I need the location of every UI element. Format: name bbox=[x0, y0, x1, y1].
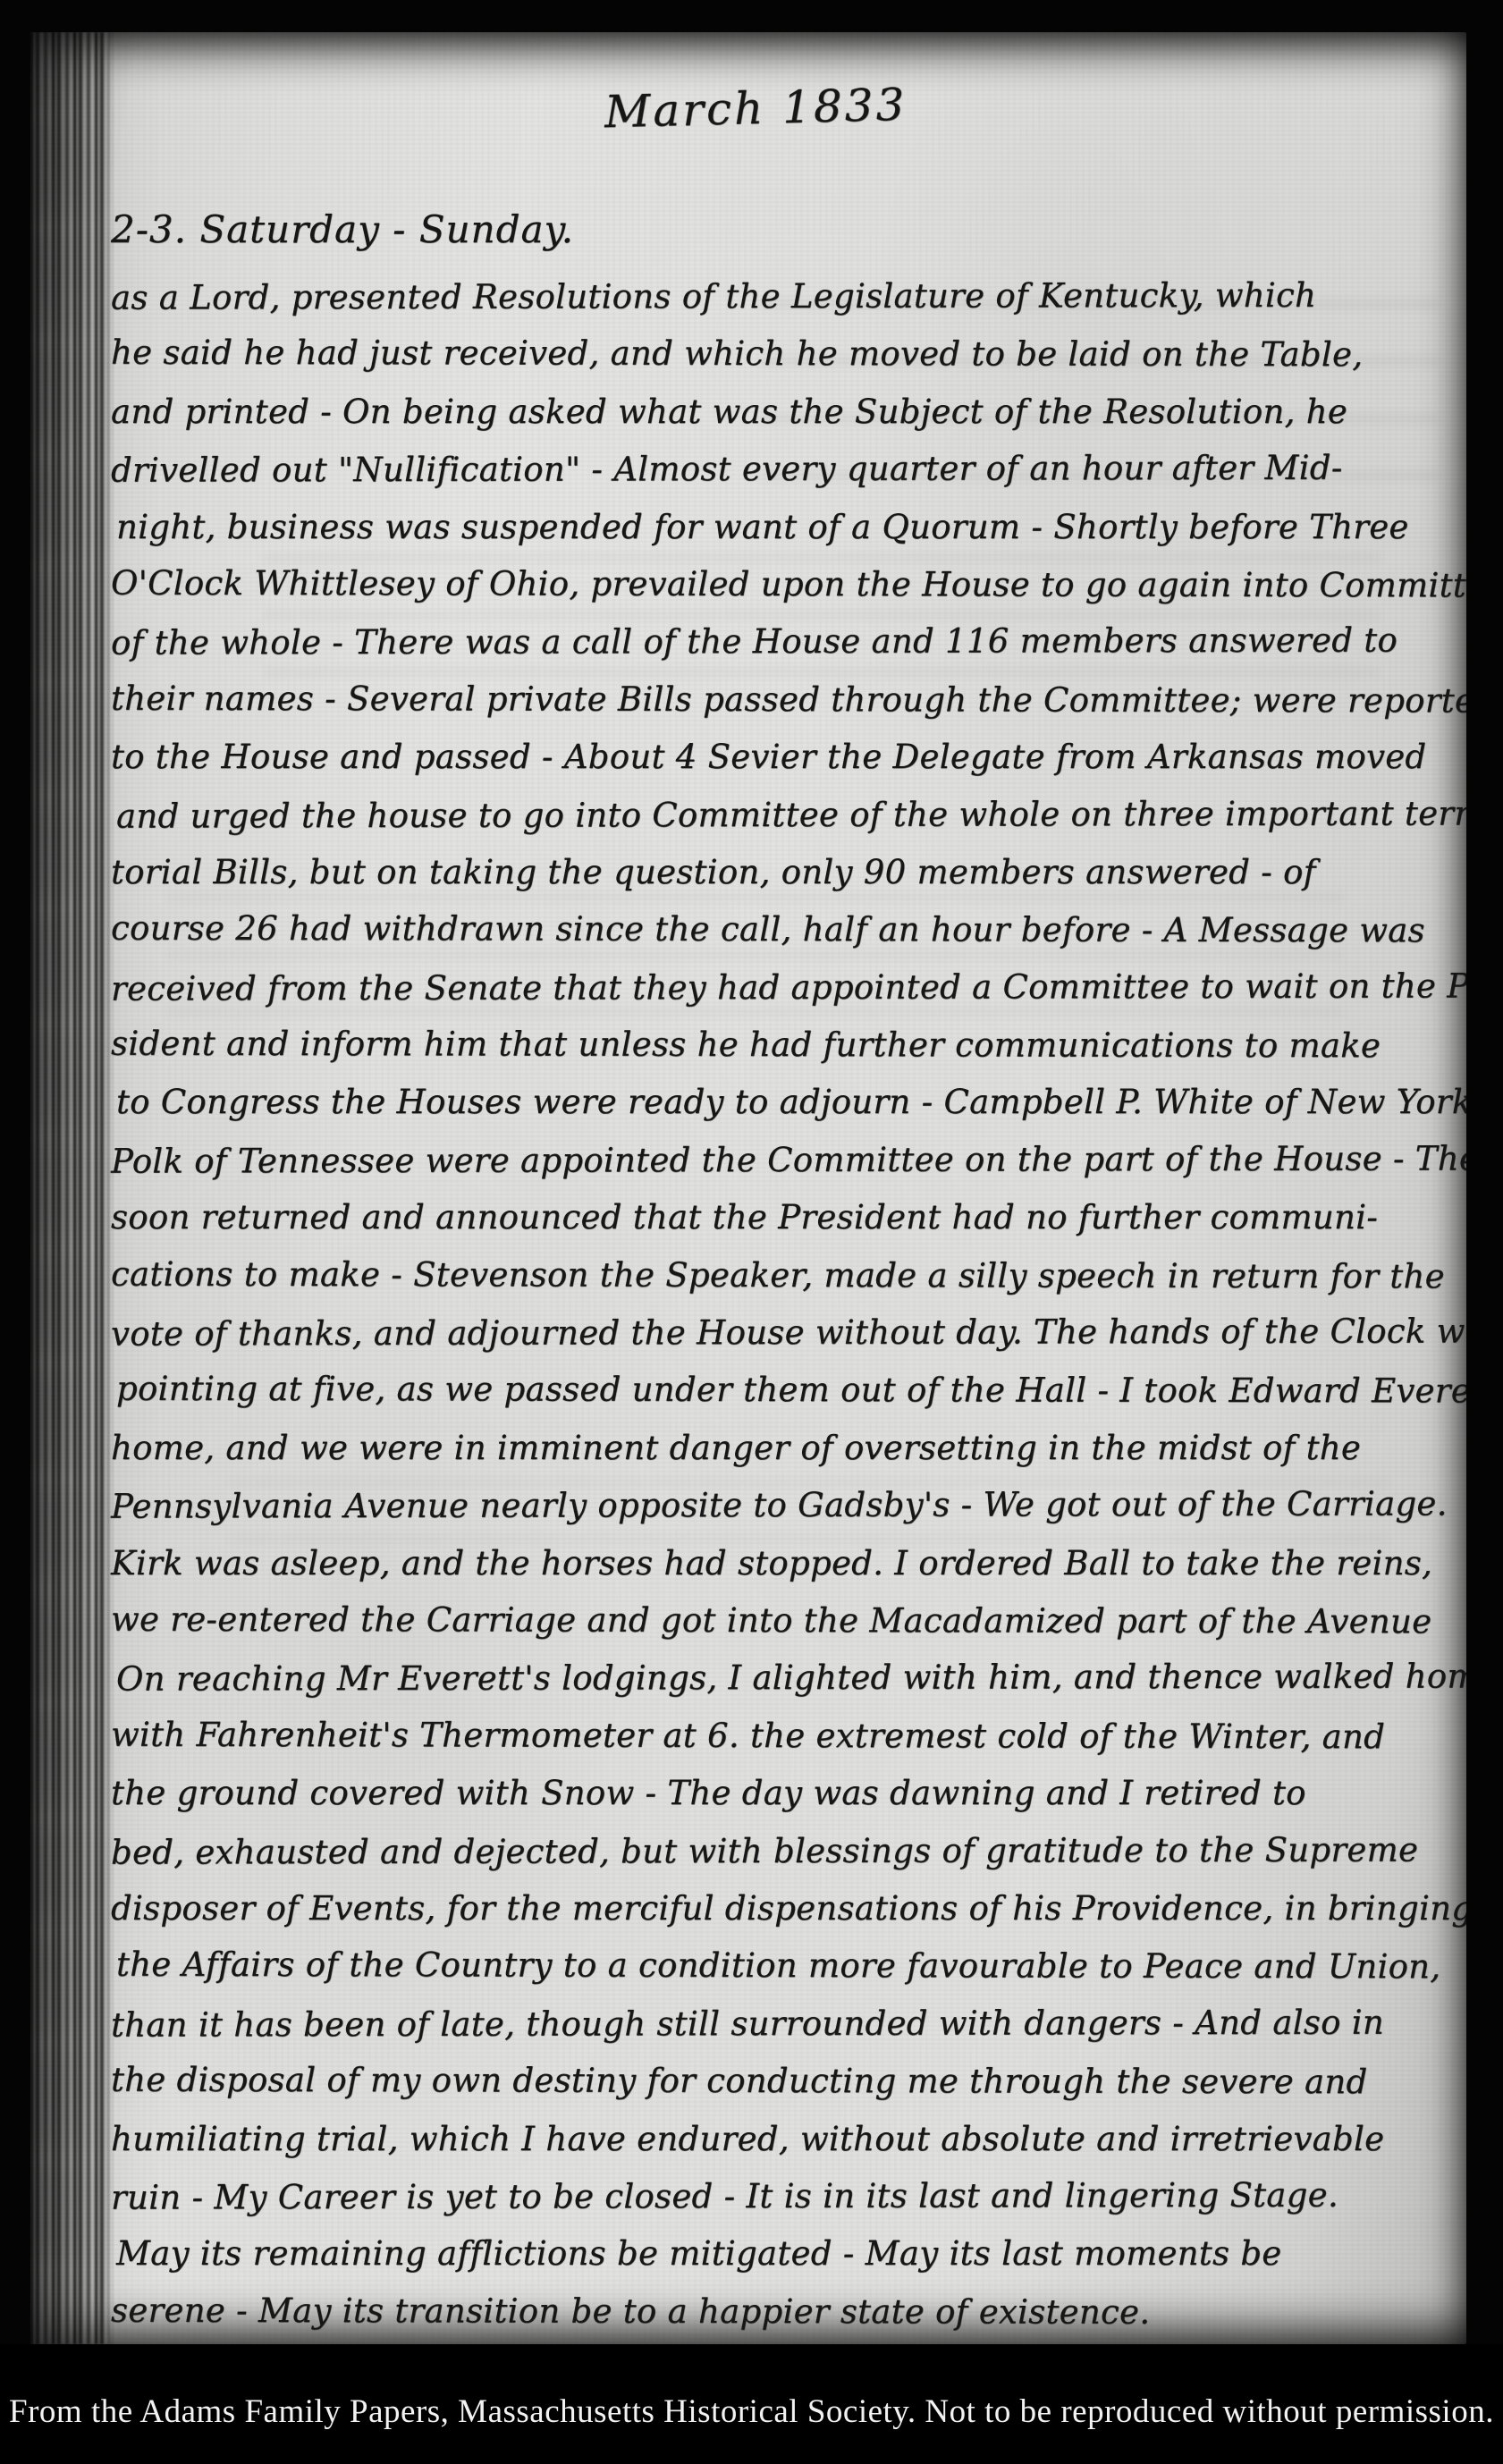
diary-line: On reaching Mr Everett's lodgings, I ali… bbox=[116, 1649, 1457, 1709]
diary-line: serene - May its transition be to a happ… bbox=[111, 2282, 1457, 2342]
diary-line: pointing at five, as we passed under the… bbox=[116, 1361, 1457, 1421]
diary-line: May its remaining afflictions be mitigat… bbox=[116, 2225, 1457, 2283]
diary-line: soon returned and announced that the Pre… bbox=[111, 1189, 1457, 1246]
diary-line: night, business was suspended for want o… bbox=[116, 499, 1457, 556]
diary-line: disposer of Events, for the merciful dis… bbox=[111, 1880, 1457, 1937]
month-year-heading: March 1833 bbox=[604, 79, 908, 138]
diary-line: Pennsylvania Avenue nearly opposite to G… bbox=[111, 1476, 1457, 1537]
diary-line: home, and we were in imminent danger of … bbox=[111, 1420, 1457, 1477]
diary-line: and urged the house to go into Committee… bbox=[116, 785, 1457, 846]
book-binding-edge bbox=[30, 32, 109, 2344]
diary-line: and printed - On being asked what was th… bbox=[111, 384, 1457, 441]
diary-line: Kirk was asleep, and the horses had stop… bbox=[111, 1535, 1457, 1592]
diary-line: to the House and passed - About 4 Sevier… bbox=[111, 729, 1457, 786]
diary-line: vote of thanks, and adjourned the House … bbox=[111, 1303, 1457, 1363]
diary-line: as a Lord, presented Resolutions of the … bbox=[111, 266, 1457, 327]
diary-line: drivelled out "Nullification" - Almost e… bbox=[111, 440, 1457, 501]
diary-line: torial Bills, but on taking the question… bbox=[111, 844, 1457, 901]
diary-line: the ground covered with Snow - The day w… bbox=[111, 1765, 1457, 1822]
diary-line: Polk of Tennessee were appointed the Com… bbox=[111, 1130, 1457, 1191]
diary-line: he said he had just received, and which … bbox=[111, 325, 1457, 384]
diary-line: with Fahrenheit's Thermometer at 6. the … bbox=[111, 1706, 1457, 1766]
diary-line: sident and inform him that unless he had… bbox=[111, 1016, 1457, 1076]
diary-line: of the whole - There was a call of the H… bbox=[111, 612, 1457, 673]
diary-line: the disposal of my own destiny for condu… bbox=[111, 2052, 1457, 2112]
diary-entry-body: as a Lord, presented Resolutions of the … bbox=[111, 268, 1457, 2341]
diary-line: cations to make - Stevenson the Speaker,… bbox=[111, 1245, 1457, 1305]
scan-background: March 1833 2-3. Saturday - Sunday. as a … bbox=[0, 0, 1503, 2464]
diary-line: received from the Senate that they had a… bbox=[111, 958, 1457, 1018]
entry-date-heading: 2-3. Saturday - Sunday. bbox=[111, 207, 574, 251]
diary-page: March 1833 2-3. Saturday - Sunday. as a … bbox=[30, 32, 1466, 2344]
diary-line: the Affairs of the Country to a conditio… bbox=[116, 1937, 1457, 1996]
diary-line: to Congress the Houses were ready to adj… bbox=[116, 1074, 1457, 1131]
diary-line: ruin - My Career is yet to be closed - I… bbox=[111, 2166, 1457, 2227]
diary-line: humiliating trial, which I have endured,… bbox=[111, 2111, 1457, 2168]
diary-line: course 26 had withdrawn since the call, … bbox=[111, 900, 1457, 960]
diary-line: O'Clock Whittlesey of Ohio, prevailed up… bbox=[111, 555, 1457, 615]
diary-line: than it has been of late, though still s… bbox=[111, 1994, 1457, 2055]
diary-line: their names - Several private Bills pass… bbox=[111, 670, 1457, 730]
footer-bar: From the Adams Family Papers, Massachuse… bbox=[0, 2344, 1503, 2464]
diary-line: we re-entered the Carriage and got into … bbox=[111, 1591, 1457, 1651]
diary-line: bed, exhausted and dejected, but with bl… bbox=[111, 1821, 1457, 1882]
archive-credit-text: From the Adams Family Papers, Massachuse… bbox=[0, 2392, 1503, 2431]
